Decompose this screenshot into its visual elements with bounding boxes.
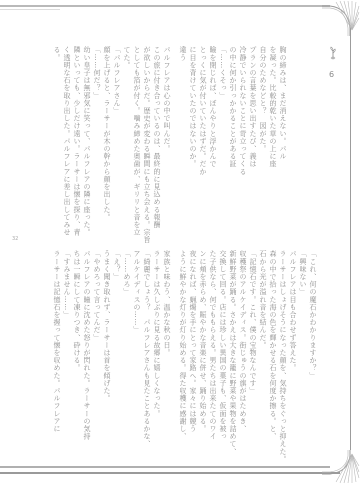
text-line: うまく聞き取れず、ラーサーは首を傾げた。: [102, 250, 112, 422]
text-line: 森の中で拾った海の色を輝かせる石を何度か擦る。と、: [268, 250, 278, 422]
text-line: 石から光が溢れ音を結んだ。: [258, 250, 268, 422]
chapter-number: 6: [329, 70, 334, 79]
text-line: を凝った。比較的乾いた草の上に座: [268, 46, 278, 211]
text-line: 自分のためなどと？ 図がた。: [258, 46, 268, 211]
text-line: ンに頬を赤らめ、賑やかな音楽に併せ、踊り始める。: [198, 250, 208, 422]
page-number: 32: [12, 236, 18, 242]
text-line: た子供なら、何でももらえる。男たちは出来たてのワイ: [208, 250, 218, 422]
text-line: としても箔が付く。噛み締めた奥歯が、ギリリと音を立: [132, 46, 142, 211]
text-line: 収穫祭のアルケイディス。街じゅうの旗がはためき、: [238, 250, 248, 422]
text-line: 幼い皇子は無邪気に笑って、パルフレアの隣に座った。: [82, 46, 92, 211]
text-line: 家族と味わう、温かな秋の日。: [162, 250, 172, 422]
text-block-top-left: パルフレアは心の中で叫んだ。この旅に付き合っているのは、最終的に見込める報酬が欲…: [52, 46, 172, 211]
text-line: パルフレアの瞳に沈めた怒りが閃れた。ラーサーの気持: [82, 250, 92, 422]
text-line: 顔を上げると、ラーサーが木の幹から顔を出した。: [102, 46, 112, 211]
right-border-rule: [350, 28, 351, 450]
text-block-bottom-left: 家族と味わう、温かな秋の日。ラーサーは久しぶりに見る故郷に嬉しくなった。「綺麗で…: [52, 250, 172, 422]
text-line: ちは一瞬にして凍りつき、砕ける。: [72, 250, 82, 422]
text-line: 「興味ない」: [298, 250, 308, 422]
sprout-ornament-icon: [329, 46, 337, 60]
text-line: アルケイディスの……」: [132, 250, 142, 422]
text-line: 隣といっても、少しだけ遠い。ラーサーは懐を探り、青: [72, 46, 82, 211]
text-line: 冷静でいられないことに苛立ってくる: [238, 46, 248, 211]
text-line: プランの言葉を思い出すたび、義は: [248, 46, 258, 211]
text-line: く透明な石を取り出した。パルフレアに差し出してみせ: [62, 46, 72, 211]
text-line: ラーサーはしょげそうになった顔を、気持ちをぐっと抑えた。: [278, 250, 288, 422]
text-line: 「……めろ」: [122, 250, 132, 422]
text-line: 「すみません……」: [62, 250, 72, 422]
text-block-bottom-right: 「これ、何の魔石かわかりますか？」「興味ない」パルフレアは目も合わせず答えた。ラ…: [178, 250, 318, 422]
bottom-border-rule-thick: [0, 472, 340, 474]
text-line: が欲しいからだ。歴史が変わる瞬間にも立ち会える。宗旨: [142, 46, 152, 211]
text-line: この旅に付き合っているのは、最終的に見込める報酬: [152, 46, 162, 211]
text-line: ように鮮やかな灯りが灯り始める。得た収穫に感謝し、: [178, 250, 188, 422]
text-line: に目を背けていたのではないのか。: [188, 46, 198, 211]
text-line: 新鮮野菜が踊る。さかえは大きな籠に野菜や果物を詰めて、: [228, 250, 238, 422]
top-border-rule: [0, 5, 330, 7]
fan-corner-ornament-top-icon: [322, 0, 360, 36]
text-line: とっくに気が付いていたはずだ。だか: [198, 46, 208, 211]
text-line: 交換して回る。店には珍しい異国の菓子も、仮面を被っ: [218, 250, 228, 422]
text-line: 「え？」: [112, 250, 122, 422]
text-line: 違う: [178, 46, 188, 211]
text-line: 「……くそっ」: [218, 46, 228, 211]
text-line: の中に何か引っかかることがある証: [228, 46, 238, 211]
text-line: ラーサーは記憶石を握って懐を収めた。パルフレアに: [52, 250, 62, 422]
fan-corner-ornament-bottom-icon: [322, 450, 360, 484]
text-line: パルフレアは心の中で叫んだ。: [162, 46, 172, 211]
text-line: 夜になれば、蝋燭を手にとって家路へ。家々には競う: [188, 250, 198, 422]
text-line: てた。: [122, 46, 132, 211]
text-line: 瞼を閉じれば、ぼんやりと浮かんで: [208, 46, 218, 211]
bottom-border-rule: [0, 466, 330, 468]
text-line: 「……何だ？」: [92, 46, 102, 211]
text-line: ラーサーは久しぶりに見る故郷に嬉しくなった。: [152, 250, 162, 422]
text-line: 「やめろって言ってんだ」: [92, 250, 102, 422]
text-line: 「パルフレアさん」: [112, 46, 122, 211]
text-line: る。: [52, 46, 62, 211]
top-border-rule-thin: [0, 9, 60, 10]
text-line: 「記憶石です。これ、僕の宝物なんです」: [248, 250, 258, 422]
text-line: 「綺麗でしょう？ パルフレアさんも見たことあるかな、: [142, 250, 152, 422]
text-line: 「これ、何の魔石かわかりますか？」: [308, 250, 318, 422]
text-block-top-right: 胸の締みは、まだ消えない。パルを凝った。比較的乾いた草の上に座自分のためなどと？…: [178, 46, 288, 211]
text-line: 胸の締みは、まだ消えない。パル: [278, 46, 288, 211]
text-line: パルフレアは目も合わせず答えた。: [288, 250, 298, 422]
